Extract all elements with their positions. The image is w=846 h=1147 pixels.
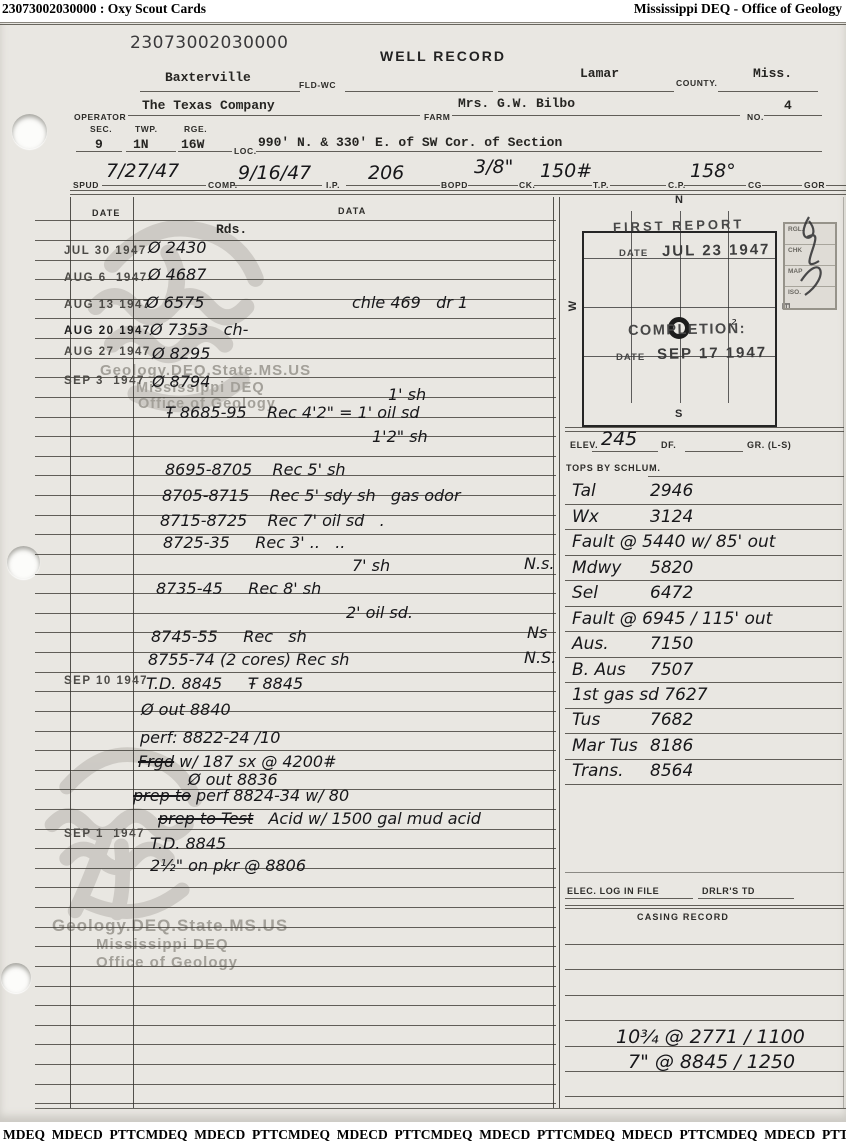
log-subheader: Rds. bbox=[216, 222, 247, 237]
well-no-label: NO. bbox=[747, 112, 764, 122]
footer-org-group: MDEQ MDECD PTTC bbox=[3, 1127, 146, 1143]
log-entry: 2½" on pkr @ 8806 bbox=[150, 856, 306, 876]
struck-text: prep to Test bbox=[158, 809, 253, 828]
completion-date: SEP 17 1947 bbox=[657, 344, 767, 363]
loc-value: 990' N. & 330' E. of SW Cor. of Section bbox=[258, 135, 562, 150]
formation-name: Tus bbox=[572, 710, 650, 730]
entry-text: 8735-45 Rec 8' sh bbox=[156, 579, 321, 598]
log-entry: Frgd w/ 187 sx @ 4200# bbox=[138, 752, 336, 772]
log-entry: prep to Test Acid w/ 1500 gal mud acid bbox=[158, 809, 481, 829]
cg-label: CG bbox=[748, 180, 762, 190]
first-report-date: JUL 23 1947 bbox=[662, 241, 771, 260]
log-entry: 8735-45 Rec 8' sh bbox=[156, 579, 321, 599]
tops-list: Tal2946 Wx3124 Fault @ 5440 w/ 85' out M… bbox=[572, 479, 844, 784]
formation-depth: 8186 bbox=[650, 736, 693, 756]
formation-depth: 8564 bbox=[650, 761, 693, 781]
entry-text: Ns bbox=[527, 623, 547, 642]
card-title: WELL RECORD bbox=[380, 48, 506, 64]
log-entry: perf: 8822-24 /10 bbox=[140, 728, 280, 748]
log-entry: 8705-8715 Rec 5' sdy sh gas odor bbox=[162, 486, 461, 506]
date-column-header: DATE bbox=[92, 208, 121, 218]
cp-value: 158° bbox=[690, 160, 736, 182]
entry-text: Ø 4687 bbox=[148, 265, 206, 284]
entry-text: Ŧ 8685-95 Rec 4'2" = 1' oil sd bbox=[165, 403, 420, 422]
entry-text: 1' sh bbox=[388, 385, 426, 404]
elev-value: 245 bbox=[601, 428, 637, 450]
formation-name: Mar Tus bbox=[572, 736, 650, 756]
spud-label: SPUD bbox=[73, 180, 99, 190]
entry-text: Ø out 8840 bbox=[141, 700, 231, 719]
data-column-header: DATA bbox=[338, 206, 366, 216]
handwritten-initials bbox=[779, 205, 846, 300]
casing-entry: 7" @ 8845 / 1250 bbox=[628, 1051, 795, 1073]
date-stamp: AUG 27 1947 bbox=[64, 346, 151, 358]
tops-row: Fault @ 6945 / 115' out bbox=[572, 606, 844, 631]
formation-name: Trans. bbox=[572, 761, 650, 781]
log-entry: Ø 8295 bbox=[152, 342, 210, 364]
log-entry: 8725-35 Rec 3' .. .. bbox=[163, 533, 345, 553]
formation-depth: 2946 bbox=[650, 481, 693, 501]
first-report-date-label: DATE bbox=[619, 248, 648, 259]
log-entry: T.D. 8845 bbox=[150, 832, 226, 854]
county-value: Lamar bbox=[580, 66, 619, 81]
county-label: COUNTY. bbox=[676, 78, 718, 88]
casing-entry: 10¾ @ 2771 / 1100 bbox=[616, 1026, 805, 1048]
log-entry: Ø 4687 bbox=[148, 263, 206, 285]
date-stamp: SEP 10 1947 bbox=[64, 675, 148, 687]
entry-text: T.D. 8845 bbox=[150, 834, 226, 853]
farm-label: FARM bbox=[424, 112, 450, 122]
formation-name: Aus. bbox=[572, 634, 650, 654]
date-stamp: AUG 6 1947 bbox=[64, 272, 148, 284]
log-entry: Ø 7353 ch- bbox=[150, 318, 248, 340]
log-entry: Ø 2430 bbox=[148, 236, 206, 258]
log-entry: chle 469 dr 1 bbox=[352, 293, 468, 313]
casing-record-header: CASING RECORD bbox=[637, 912, 729, 922]
completion-date-label: DATE bbox=[616, 352, 645, 363]
formation-depth: 7627 bbox=[659, 685, 708, 705]
entry-text: 2' oil sd. bbox=[346, 603, 413, 622]
entry-text: T.D. 8845 Ŧ 8845 bbox=[146, 674, 303, 693]
formation-depth: 7507 bbox=[650, 660, 693, 680]
well-id-stamp: 23073002030000 bbox=[130, 33, 288, 53]
entry-text: 8715-8725 Rec 7' oil sd . bbox=[160, 511, 385, 530]
footer-org-group: MDEQ MDECD PTTC bbox=[431, 1127, 574, 1143]
pen-mark: ² bbox=[731, 318, 736, 333]
tops-row: Mdwy5820 bbox=[572, 555, 844, 580]
footer-org-group: MDEQ MDECD PTTC bbox=[288, 1127, 431, 1143]
struck-text: prep to bbox=[133, 786, 191, 805]
entry-text: chle 469 dr 1 bbox=[352, 293, 468, 312]
casing-text: 7" @ 8845 / 1250 bbox=[628, 1051, 795, 1073]
entry-text: 8725-35 Rec 3' .. .. bbox=[163, 533, 345, 552]
elev-label: ELEV. bbox=[570, 440, 598, 450]
compass-west-label: W bbox=[567, 301, 579, 311]
formation-name: 1st gas sd bbox=[572, 685, 659, 705]
log-entry: T.D. 8845 Ŧ 8845 bbox=[146, 672, 303, 694]
footer-org-group: MDEQ MDECD PTTC bbox=[716, 1127, 846, 1143]
formation-depth: 7682 bbox=[650, 710, 693, 730]
entry-text: Ø 2430 bbox=[148, 238, 206, 257]
tops-row: 1st gas sd 7627 bbox=[572, 683, 844, 708]
formation-name: B. Aus bbox=[572, 660, 650, 680]
log-entry: 8755-74 (2 cores) Rec sh bbox=[148, 650, 349, 670]
ck-value: 150# bbox=[540, 160, 592, 182]
choke-value: 3/8" bbox=[474, 156, 513, 178]
log-entry: Ŧ 8685-95 Rec 4'2" = 1' oil sd bbox=[165, 403, 420, 423]
log-entry: 8715-8725 Rec 7' oil sd . bbox=[160, 511, 385, 531]
formation-depth: 3124 bbox=[650, 507, 693, 527]
tp-label: T.P. bbox=[593, 180, 609, 190]
well-no-value: 4 bbox=[784, 98, 792, 113]
footer-org-group: MDEQ MDECD PTTC bbox=[573, 1127, 716, 1143]
formation-depth: 7150 bbox=[650, 634, 693, 654]
drlrs-td-label: DRLR'S TD bbox=[702, 886, 755, 896]
date-stamp: AUG 13 1947 bbox=[64, 299, 151, 311]
formation-name: Mdwy bbox=[572, 558, 650, 578]
ck-label: CK. bbox=[519, 180, 535, 190]
entry-text: 8745-55 Rec sh bbox=[151, 627, 307, 646]
sec-label: SEC. bbox=[90, 124, 112, 134]
twp-label: TWP. bbox=[135, 124, 158, 134]
entry-text: 8695-8705 Rec 5' sh bbox=[165, 460, 346, 479]
entry-text: 2½" on pkr @ 8806 bbox=[150, 856, 306, 875]
field-value: Baxterville bbox=[165, 70, 251, 85]
log-entry: 2' oil sd. bbox=[346, 603, 413, 623]
rge-label: RGE. bbox=[184, 124, 207, 134]
cp-label: C.P. bbox=[668, 180, 686, 190]
entry-text: 1'2" sh bbox=[372, 427, 428, 446]
entry-text: Ø 8295 bbox=[152, 344, 210, 363]
log-entry: 8745-55 Rec sh bbox=[151, 627, 307, 647]
sec-value: 9 bbox=[95, 137, 103, 152]
casing-text: 10¾ @ 2771 / 1100 bbox=[616, 1026, 805, 1048]
log-entry: 8695-8705 Rec 5' sh bbox=[165, 460, 346, 480]
formation-name: Sel bbox=[572, 583, 650, 603]
entry-text: w/ 187 sx @ 4200# bbox=[174, 752, 336, 771]
tops-row: Aus.7150 bbox=[572, 632, 844, 657]
entry-text: 8705-8715 Rec 5' sdy sh gas odor bbox=[162, 486, 461, 505]
scanned-well-card: Geology.DEQ.State.MS.US Mississippi DEQ … bbox=[0, 22, 846, 1122]
compass-north-label: N bbox=[675, 194, 683, 206]
formation-depth: / 115' out bbox=[685, 609, 772, 629]
spud-value: 7/27/47 bbox=[106, 160, 179, 182]
twp-value: 1N bbox=[133, 137, 149, 152]
date-stamp: AUG 20 1947 bbox=[64, 325, 151, 337]
tops-row: Sel6472 bbox=[572, 581, 844, 606]
entry-text: perf 8824-34 w/ 80 bbox=[191, 786, 349, 805]
tops-row: Fault @ 5440 w/ 85' out bbox=[572, 530, 844, 555]
log-entry: N.S. bbox=[524, 648, 556, 668]
formation-depth: 5820 bbox=[650, 558, 693, 578]
digitization-footer: MDEQ MDECD PTTC MDEQ MDECD PTTC MDEQ MDE… bbox=[0, 1122, 846, 1147]
entry-text: perf: 8822-24 /10 bbox=[140, 728, 280, 747]
tops-row: Tal2946 bbox=[572, 479, 844, 504]
elec-log-label: ELEC. LOG IN FILE bbox=[567, 886, 659, 896]
operator-label: OPERATOR bbox=[74, 112, 126, 122]
footer-org-group: MDEQ MDECD PTTC bbox=[146, 1127, 289, 1143]
bopd-label: BOPD bbox=[441, 180, 468, 190]
tops-row: Tus7682 bbox=[572, 708, 844, 733]
farm-value: Mrs. G.W. Bilbo bbox=[458, 96, 575, 111]
comp-label: COMP. bbox=[208, 180, 238, 190]
entry-text: 8755-74 (2 cores) Rec sh bbox=[148, 650, 349, 669]
log-entry: 7' sh bbox=[352, 556, 390, 576]
gor-label: GOR bbox=[804, 180, 825, 190]
entry-text: Ø 6575 bbox=[146, 293, 204, 312]
field-label: FLD-WC bbox=[299, 80, 336, 90]
tops-row: B. Aus7507 bbox=[572, 657, 844, 682]
formation-depth: w/ 85' out bbox=[685, 532, 775, 552]
formation-name: Wx bbox=[572, 507, 650, 527]
gr-label: GR. (L-S) bbox=[747, 440, 791, 450]
loc-label: LOC. bbox=[234, 146, 257, 156]
formation-name: Tal bbox=[572, 481, 650, 501]
df-label: DF. bbox=[661, 440, 676, 450]
tops-row: Trans.8564 bbox=[572, 759, 844, 784]
entry-text: Ø 8794 bbox=[152, 372, 210, 391]
date-stamp: SEP 3 1947 bbox=[64, 375, 145, 387]
operator-value: The Texas Company bbox=[142, 98, 275, 113]
formation-depth: 6472 bbox=[650, 583, 693, 603]
date-stamp: JUL 30 1947 bbox=[64, 245, 147, 257]
entry-text: N.s. bbox=[524, 554, 554, 573]
log-entry: Ns bbox=[527, 623, 547, 643]
comp-value: 9/16/47 bbox=[238, 162, 311, 184]
entry-text: 7' sh bbox=[352, 556, 390, 575]
ip-value: 206 bbox=[368, 162, 404, 184]
rge-value: 16W bbox=[181, 137, 204, 152]
date-stamp: SEP 1 1947 bbox=[64, 828, 145, 840]
struck-text: Frgd bbox=[138, 752, 174, 771]
log-entry: Ø out 8840 bbox=[141, 700, 231, 720]
log-entry: N.s. bbox=[524, 554, 554, 574]
log-entry: Ø 6575 bbox=[146, 291, 204, 313]
entry-text: Ø 7353 ch- bbox=[150, 320, 248, 339]
state-value: Miss. bbox=[753, 66, 792, 81]
tops-row: Wx3124 bbox=[572, 504, 844, 529]
ip-label: I.P. bbox=[326, 180, 340, 190]
log-entry: 1'2" sh bbox=[372, 427, 428, 447]
log-entry: 1' sh bbox=[388, 385, 426, 405]
formation-name: Fault @ 5440 bbox=[572, 532, 685, 552]
formation-name: Fault @ 6945 bbox=[572, 609, 685, 629]
log-entry: Ø 8794 bbox=[152, 370, 210, 392]
entry-text: Acid w/ 1500 gal mud acid bbox=[253, 809, 481, 828]
entry-text: N.S. bbox=[524, 648, 556, 667]
completion-stamp-title: COMPLETION: bbox=[628, 321, 746, 339]
tops-header: TOPS BY SCHLUM. bbox=[566, 463, 661, 473]
tops-row: Mar Tus8186 bbox=[572, 733, 844, 758]
compass-south-label: S bbox=[675, 408, 682, 420]
log-entry: prep to perf 8824-34 w/ 80 bbox=[133, 786, 349, 806]
